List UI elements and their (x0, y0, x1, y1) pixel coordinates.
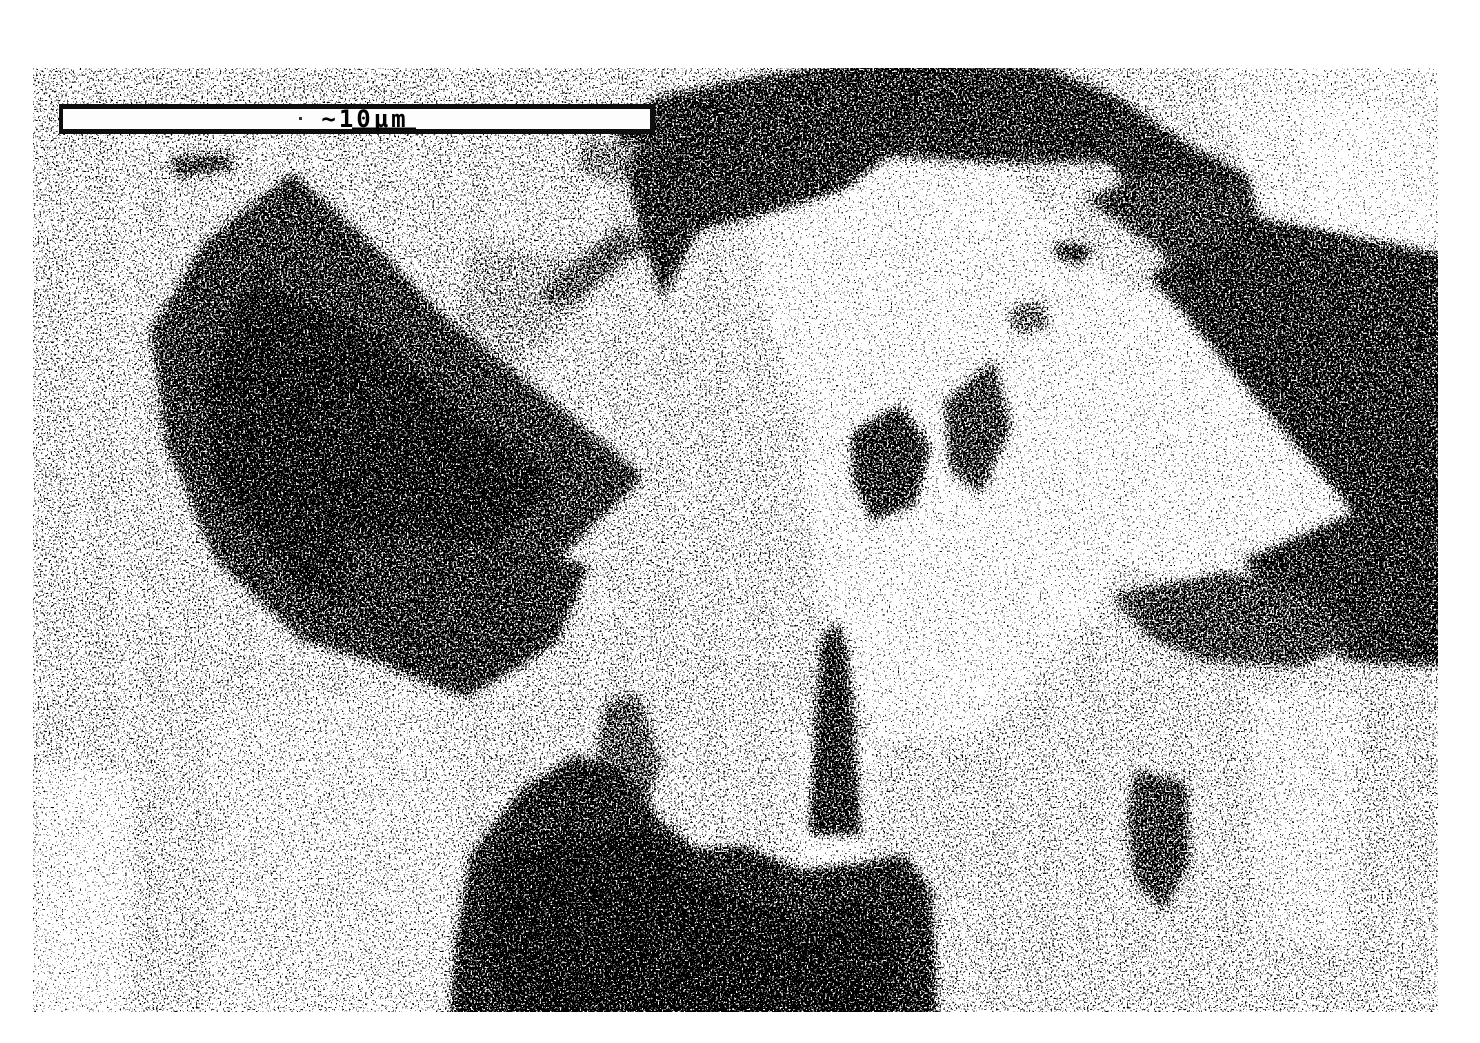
scale-bar-label-underline (352, 128, 416, 130)
bright-face (205, 690, 460, 1032)
grain-edge (1008, 300, 1050, 336)
scanned-page: ~10µm (0, 0, 1480, 1043)
bright-face (1255, 690, 1360, 950)
bright-face (36, 760, 130, 1032)
sem-micrograph-figure: ~10µm (0, 0, 1480, 1043)
scan-speck (299, 117, 302, 120)
halftone-art (13, 48, 1458, 1033)
scale-bar: ~10µm (59, 104, 655, 134)
micrograph-image (13, 48, 1458, 1033)
